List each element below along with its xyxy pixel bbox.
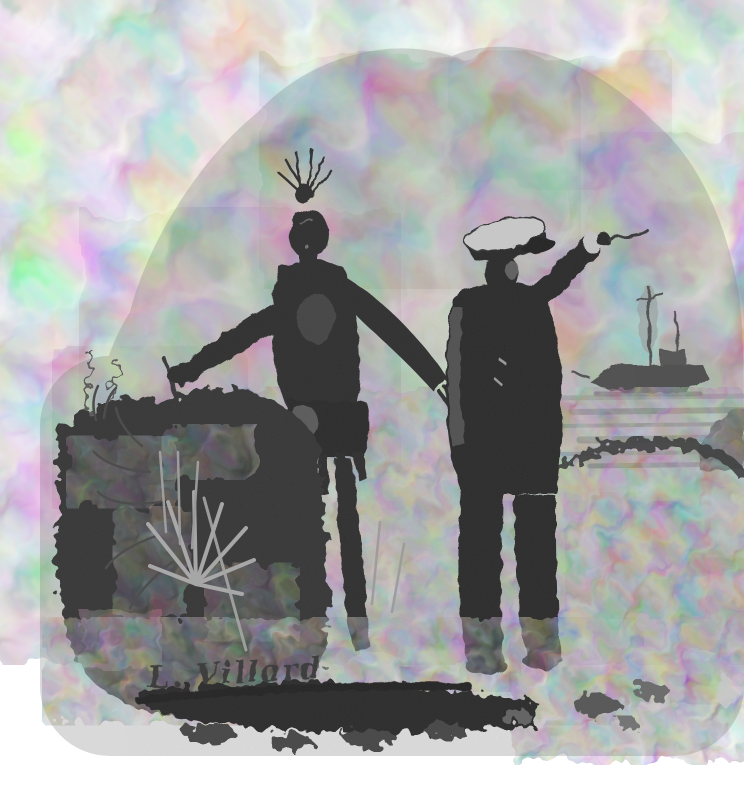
book-illustration-page: L. Villard — [0, 0, 744, 798]
engraving-illustration: L. Villard — [0, 0, 744, 798]
